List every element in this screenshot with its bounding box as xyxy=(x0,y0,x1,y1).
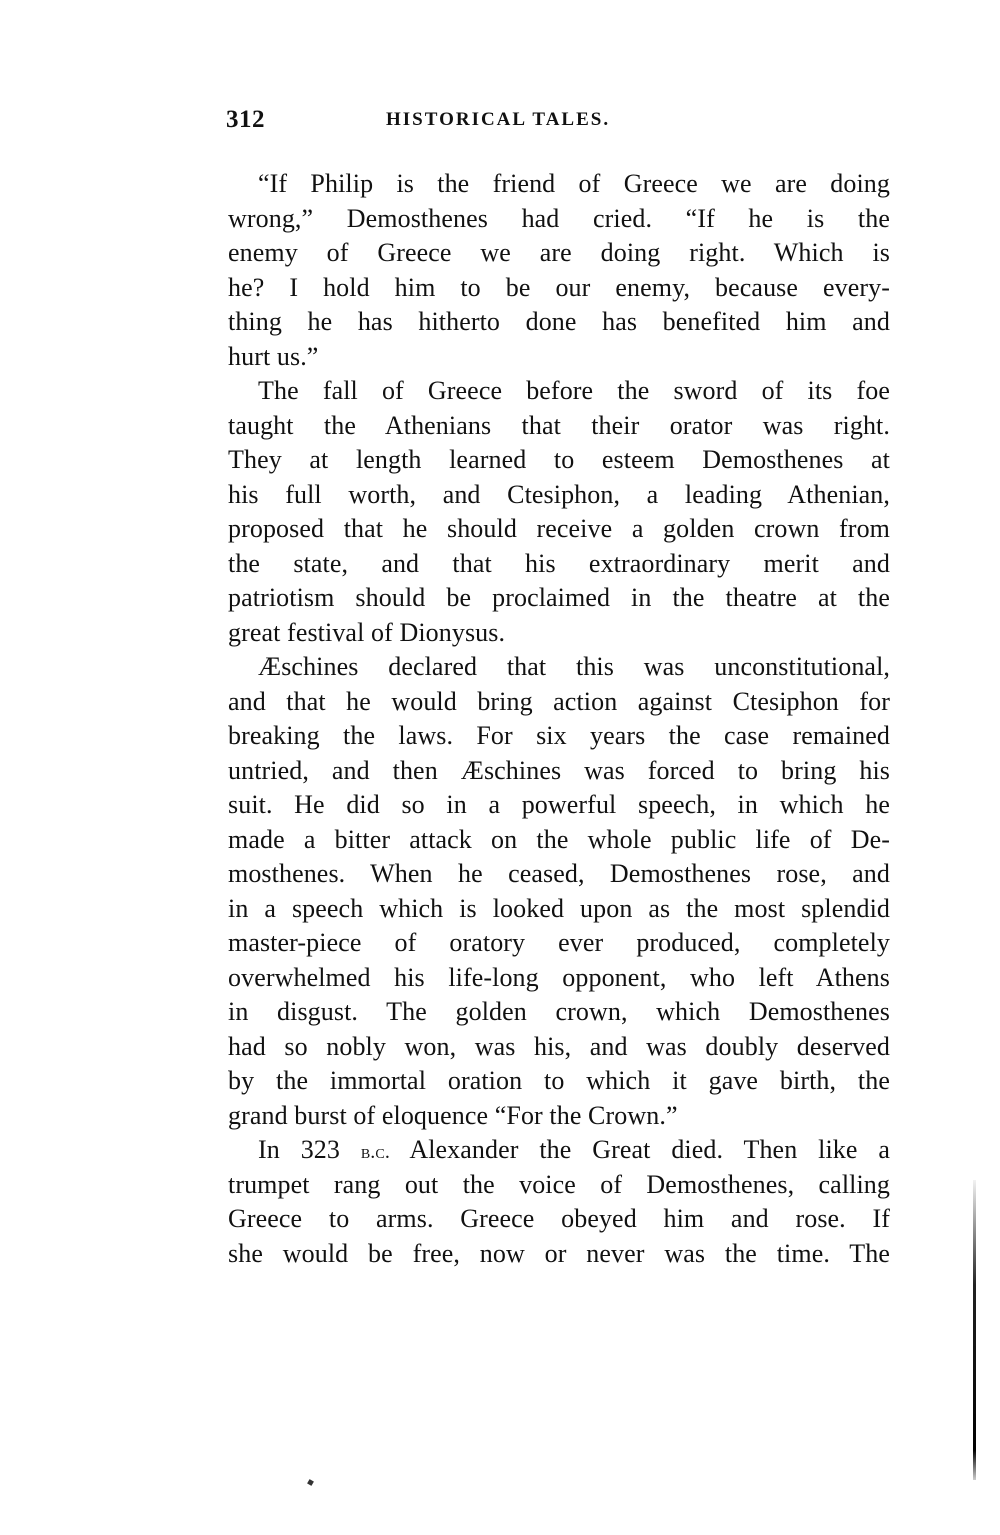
text-line: proposed that he should receive a golden… xyxy=(228,512,890,547)
paragraph: “If Philip is the friend of Greece we ar… xyxy=(228,167,890,374)
paragraph: In 323 b.c. Alexander the Great died. Th… xyxy=(228,1133,890,1271)
text-line: made a bitter attack on the whole public… xyxy=(228,823,890,858)
text-line: enemy of Greece we are doing right. Whic… xyxy=(228,236,890,271)
page-header: 312 HISTORICAL TALES. xyxy=(226,106,892,140)
text-line: master-piece of oratory ever produced, c… xyxy=(228,926,890,961)
text-line: Greece to arms. Greece obeyed him and ro… xyxy=(228,1202,890,1237)
text-line: untried, and then Æschines was forced to… xyxy=(228,754,890,789)
text-line: “If Philip is the friend of Greece we ar… xyxy=(228,167,890,202)
text-line: In 323 b.c. Alexander the Great died. Th… xyxy=(228,1133,890,1168)
text-line: suit. He did so in a powerful speech, in… xyxy=(228,788,890,823)
text-line: overwhelmed his life-long opponent, who … xyxy=(228,961,890,996)
text-line: thing he has hitherto done has benefited… xyxy=(228,305,890,340)
text-line: taught the Athenians that their orator w… xyxy=(228,409,890,444)
text-line: she would be free, now or never was the … xyxy=(228,1237,890,1272)
era-abbreviation: b.c. xyxy=(361,1141,390,1163)
text-line: hurt us.” xyxy=(228,340,890,375)
text-line: trumpet rang out the voice of Demosthene… xyxy=(228,1168,890,1203)
text-line: wrong,” Demosthenes had cried. “If he is… xyxy=(228,202,890,237)
text-line: by the immortal oration to which it gave… xyxy=(228,1064,890,1099)
text-line: grand burst of eloquence “For the Crown.… xyxy=(228,1099,890,1134)
text-line: Æschines declared that this was unconsti… xyxy=(228,650,890,685)
text-line: great festival of Dionysus. xyxy=(228,616,890,651)
book-page: 312 HISTORICAL TALES. “If Philip is the … xyxy=(0,0,1000,1535)
text-line: in disgust. The golden crown, which Demo… xyxy=(228,995,890,1030)
text-line: his full worth, and Ctesiphon, a leading… xyxy=(228,478,890,513)
scan-artifact-speck xyxy=(307,1479,314,1486)
running-head: HISTORICAL TALES. xyxy=(386,109,610,131)
paragraph: The fall of Greece before the sword of i… xyxy=(228,374,890,650)
text-line: and that he would bring action against C… xyxy=(228,685,890,720)
text-line: he? I hold him to be our enemy, because … xyxy=(228,271,890,306)
text-line: in a speech which is looked upon as the … xyxy=(228,892,890,927)
scan-artifact-line xyxy=(973,1180,976,1480)
page-number: 312 xyxy=(226,106,265,134)
body-text: “If Philip is the friend of Greece we ar… xyxy=(228,167,890,1271)
text-line: the state, and that his extraordinary me… xyxy=(228,547,890,582)
text-line: They at length learned to esteem Demosth… xyxy=(228,443,890,478)
text-fragment: In 323 xyxy=(258,1135,361,1164)
text-line: patriotism should be proclaimed in the t… xyxy=(228,581,890,616)
paragraph: Æschines declared that this was unconsti… xyxy=(228,650,890,1133)
text-line: mosthenes. When he ceased, Demosthenes r… xyxy=(228,857,890,892)
text-line: The fall of Greece before the sword of i… xyxy=(228,374,890,409)
text-line: breaking the laws. For six years the cas… xyxy=(228,719,890,754)
text-line: had so nobly won, was his, and was doubl… xyxy=(228,1030,890,1065)
text-fragment: Alexander the Great died. Then like a xyxy=(390,1135,890,1164)
